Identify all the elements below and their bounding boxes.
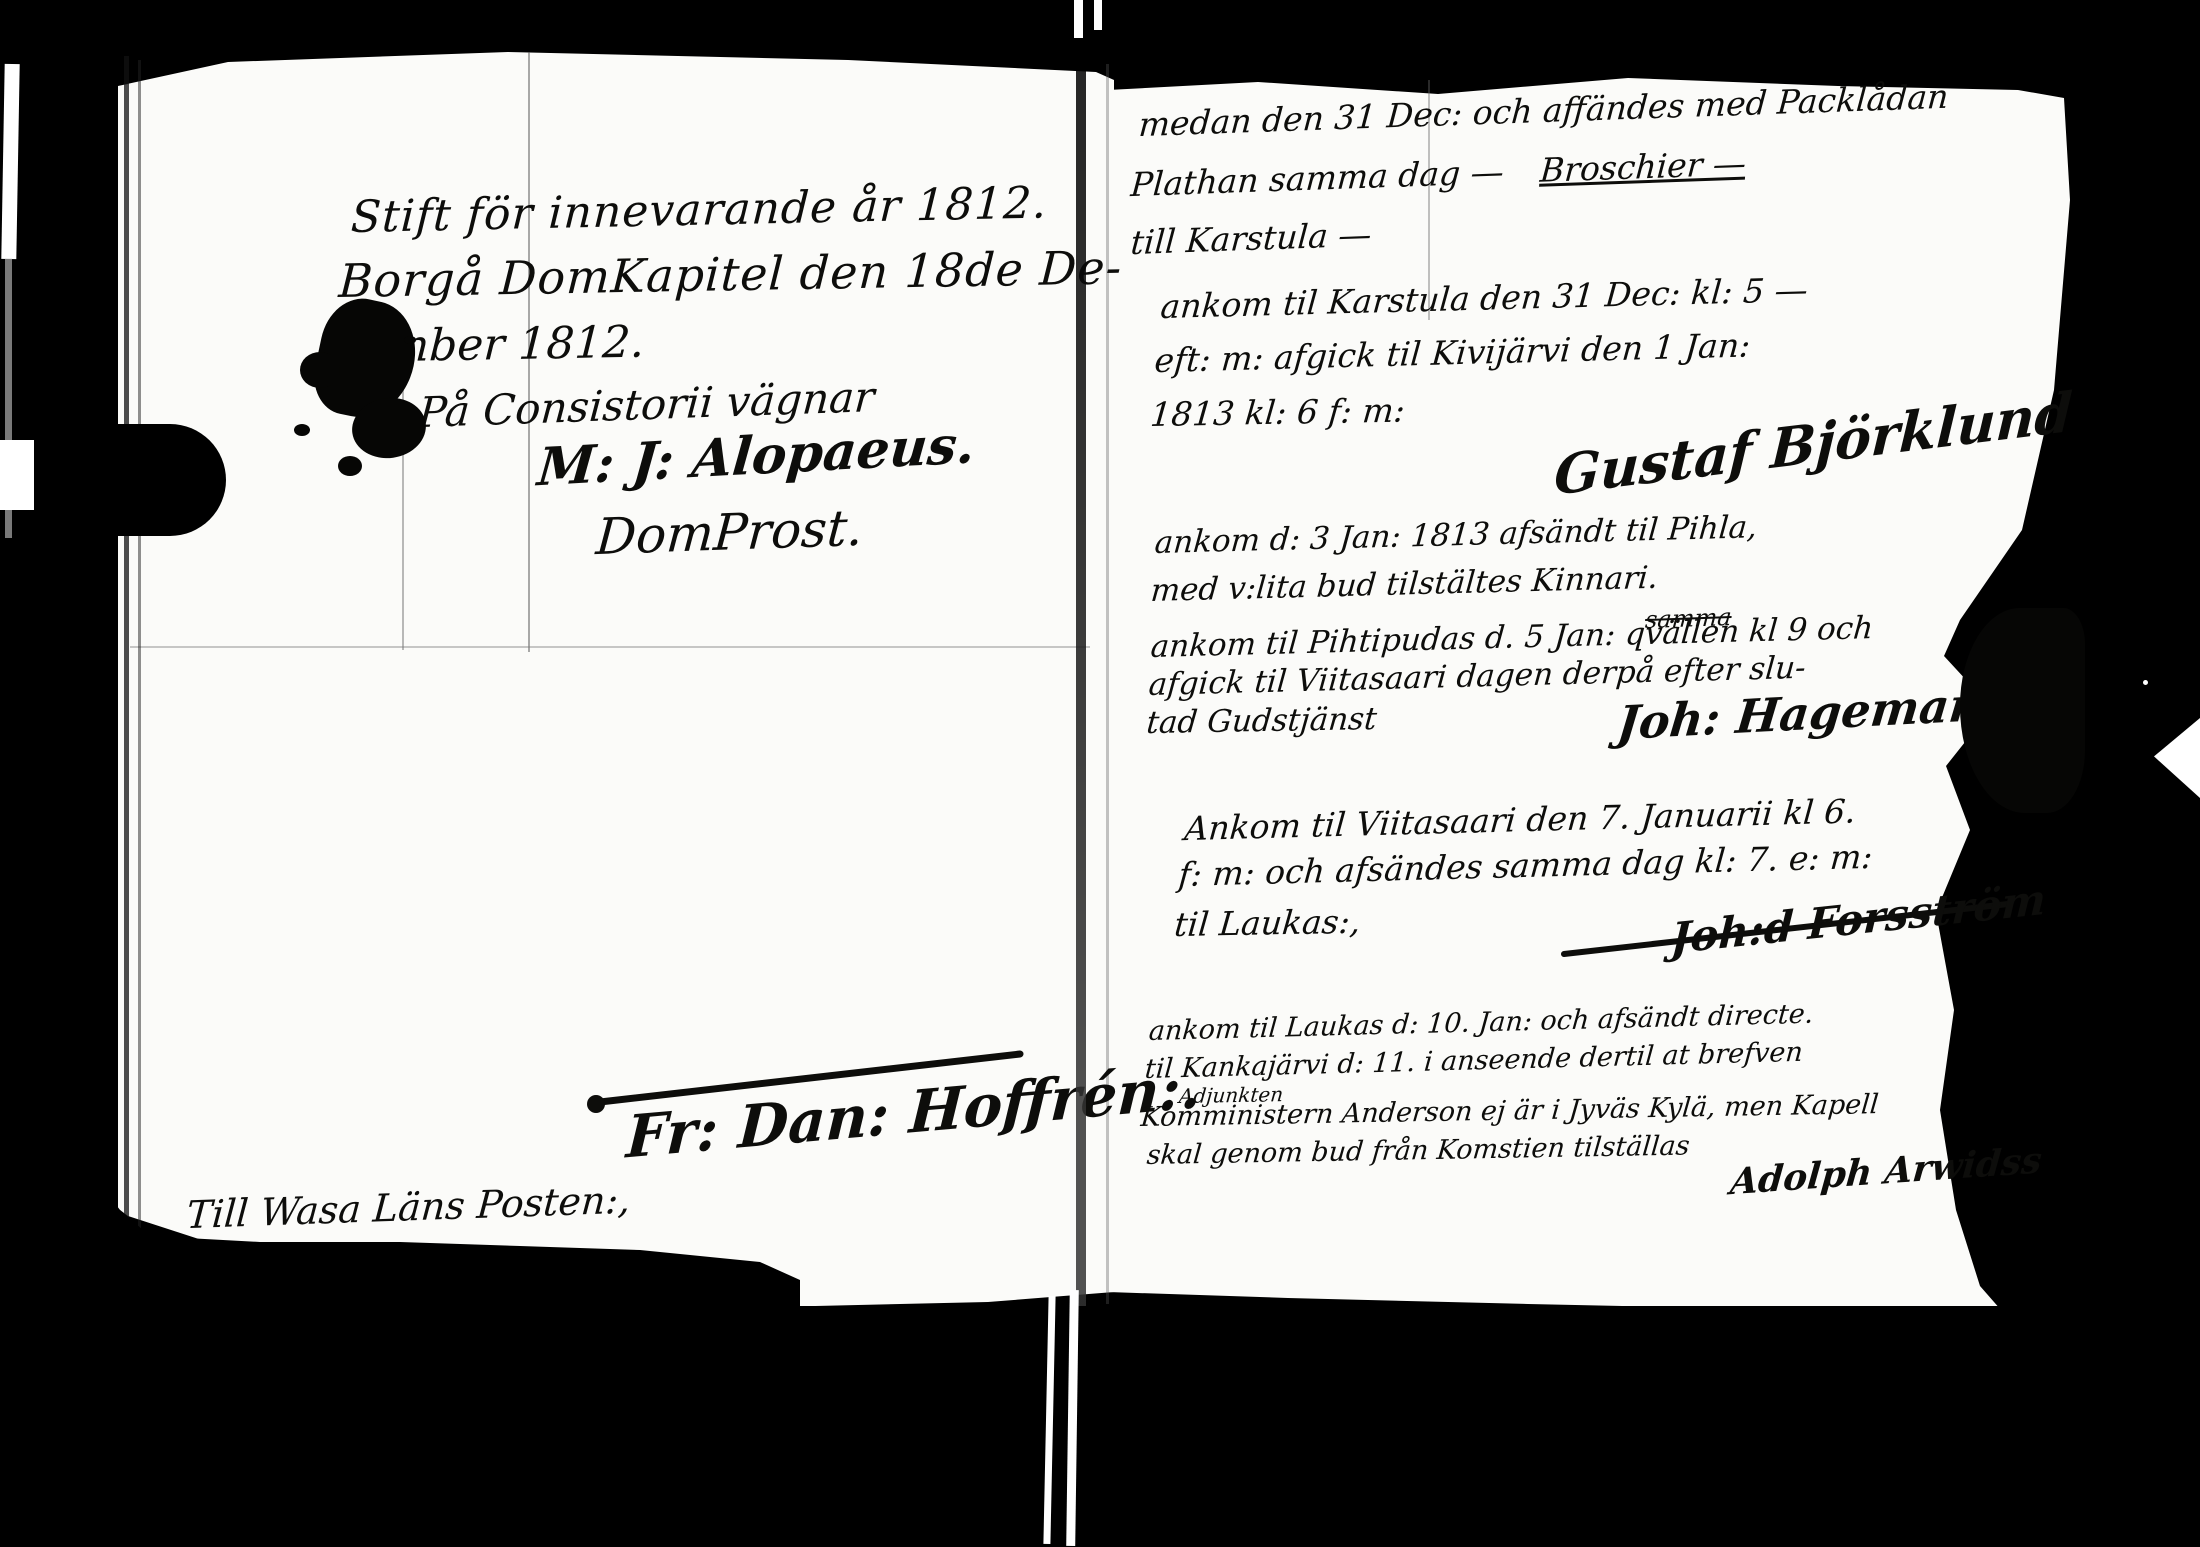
entry1-line3: till Karstula — xyxy=(1130,218,1373,260)
entry4-line3: tad Gudstjänst xyxy=(1145,704,1378,739)
top-center-tick-2 xyxy=(1094,0,1102,30)
consistory-line-3-title: DomProst. xyxy=(594,503,864,562)
bottom-black-band xyxy=(0,1306,2200,1547)
spine-streak-dark-2 xyxy=(138,60,141,1240)
entry5-line3: til Laukas:, xyxy=(1173,905,1362,941)
spine-streak-dark-1 xyxy=(124,56,129,1244)
center-fold-shadow xyxy=(1076,60,1086,1308)
ink-blot-small xyxy=(300,352,340,388)
top-center-tick-1 xyxy=(1074,0,1083,38)
entry1-emphasis-broschier: Broschier — xyxy=(1539,144,1748,190)
crease-left-horizontal xyxy=(130,646,1090,648)
right-edge-dark-mass xyxy=(1960,608,2085,813)
left-heading-line-2: Borgå DomKapitel den 18de De- xyxy=(338,244,1124,304)
spine-clamp-tongue xyxy=(96,424,226,536)
right-edge-white-speck xyxy=(2143,680,2148,685)
spine-clamp-white-slot xyxy=(0,440,34,510)
entry2-line3: 1813 kl: 6 f: m: xyxy=(1149,394,1406,431)
right-edge-white-wedge xyxy=(2154,718,2200,798)
scanned-document-canvas: Stift för innevarande år 1812. Borgå Dom… xyxy=(0,0,2200,1547)
